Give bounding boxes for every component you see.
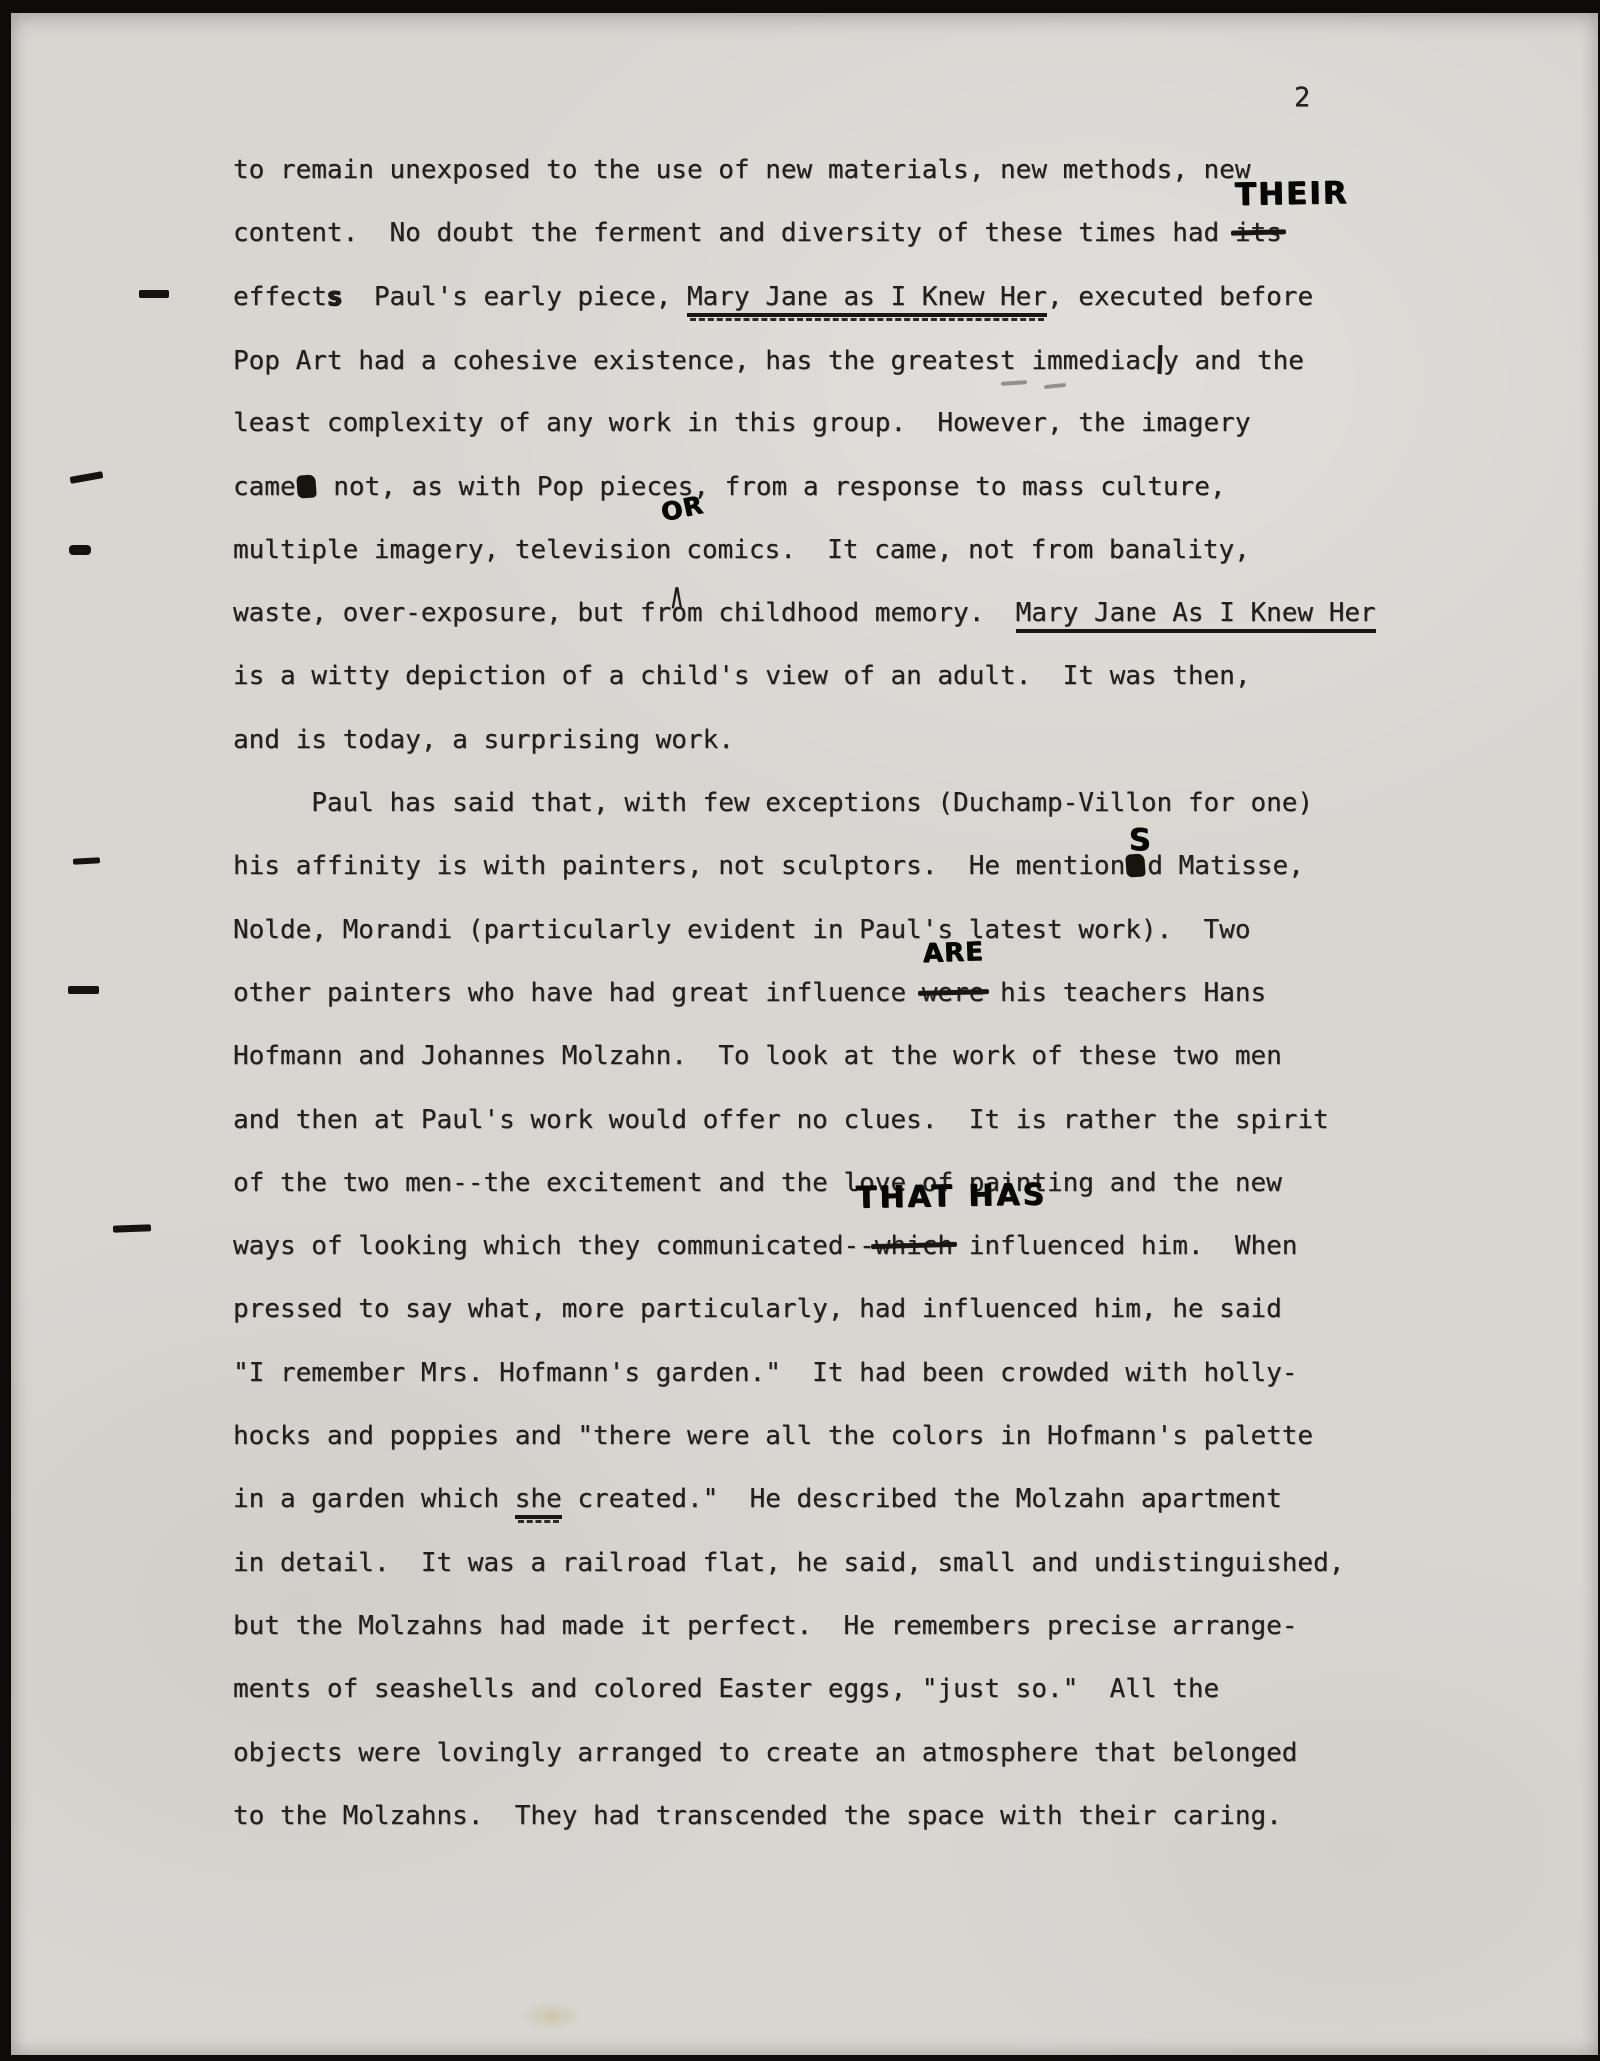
typed-line: multiple imagery, televisioncomics. It c… xyxy=(233,535,1250,565)
typed-line: in a garden which she created." He descr… xyxy=(233,1484,1282,1514)
typed-text: of the two men--the excitement and the l… xyxy=(233,1168,1282,1198)
typed-text: his affinity is with painters, not sculp… xyxy=(233,851,1125,881)
typed-text: Nolde, Morandi (particularly evident in … xyxy=(233,915,1250,945)
typed-text: d Matisse, xyxy=(1147,851,1304,881)
typed-text: influenced him. When xyxy=(953,1231,1297,1261)
stray-mark xyxy=(1001,380,1027,386)
typed-line: ways of looking which they communicated-… xyxy=(233,1231,1297,1261)
stray-typed-mark xyxy=(1157,345,1162,374)
scanned-page: 2 to remain unexposed to the use of new … xyxy=(0,0,1600,2061)
typed-line: to the Molzahns. They had transcended th… xyxy=(233,1801,1282,1831)
overstruck-letter: s xyxy=(327,282,343,312)
paper: 2 to remain unexposed to the use of new … xyxy=(11,13,1598,2055)
typed-text: multiple imagery, television xyxy=(233,535,671,565)
typed-line: waste, over-exposure, but from childhood… xyxy=(233,598,1376,628)
typed-text: "I remember Mrs. Hofmann's garden." It h… xyxy=(233,1358,1297,1388)
typed-text: pressed to say what, more particularly, … xyxy=(233,1294,1282,1324)
typed-text: and then at Paul's work would offer no c… xyxy=(233,1105,1329,1135)
typed-text: to remain unexposed to the use of new ma… xyxy=(233,155,1250,185)
typed-text: his teachers Hans xyxy=(984,978,1266,1008)
typed-text: Paul's early piece, xyxy=(343,282,687,312)
editor-margin-dash xyxy=(70,471,104,484)
typed-line: is a witty depiction of a child's view o… xyxy=(233,661,1250,691)
typed-line: came not, as with Pop pieces, from a res… xyxy=(233,472,1226,502)
typed-line: Paul has said that, with few exceptions … xyxy=(233,788,1313,818)
typed-line: "I remember Mrs. Hofmann's garden." It h… xyxy=(233,1358,1297,1388)
typed-text: , executed before xyxy=(1047,282,1313,312)
typed-line: but the Molzahns had made it perfect. He… xyxy=(233,1611,1297,1641)
struck-text: were xyxy=(922,978,985,1008)
typed-line: other painters who have had great influe… xyxy=(233,978,1266,1008)
handwritten-correction-that-has: THAT HAS xyxy=(856,1177,1048,1215)
typed-text: Paul has said that, with few exceptions … xyxy=(233,788,1313,818)
typed-text: in detail. It was a railroad flat, he sa… xyxy=(233,1548,1344,1578)
underlined-text: she xyxy=(515,1484,562,1519)
editor-margin-dash xyxy=(139,290,169,298)
typed-line: and then at Paul's work would offer no c… xyxy=(233,1105,1329,1135)
typed-text: other painters who have had great influe… xyxy=(233,978,922,1008)
typed-line: Nolde, Morandi (particularly evident in … xyxy=(233,915,1250,945)
typed-line: pressed to say what, more particularly, … xyxy=(233,1294,1282,1324)
typed-text: but the Molzahns had made it perfect. He… xyxy=(233,1611,1297,1641)
struck-text: its xyxy=(1235,218,1282,248)
typed-text: came xyxy=(233,472,296,502)
typed-line: effects Paul's early piece, Mary Jane as… xyxy=(233,282,1313,312)
stray-mark xyxy=(1044,383,1066,389)
typed-text: ways of looking which they communicated-… xyxy=(233,1231,875,1261)
typed-text: and is today, a surprising work. xyxy=(233,725,734,755)
ink-blot xyxy=(296,474,317,498)
typed-line: content. No doubt the ferment and divers… xyxy=(233,218,1282,248)
typed-line: Hofmann and Johannes Molzahn. To look at… xyxy=(233,1041,1282,1071)
paper-stain xyxy=(521,2001,581,2031)
typed-text: hocks and poppies and "there were all th… xyxy=(233,1421,1313,1451)
typed-text: Hofmann and Johannes Molzahn. To look at… xyxy=(233,1041,1282,1071)
typed-text: content. No doubt the ferment and divers… xyxy=(233,218,1235,248)
editor-margin-dash xyxy=(69,545,91,555)
handwritten-correction-their: THEIR xyxy=(1235,175,1349,213)
struck-text: which xyxy=(875,1231,953,1261)
typed-line: and is today, a surprising work. xyxy=(233,725,734,755)
typed-line: objects were lovingly arranged to create… xyxy=(233,1738,1297,1768)
typed-text: to the Molzahns. They had transcended th… xyxy=(233,1801,1282,1831)
typed-text: least complexity of any work in this gro… xyxy=(233,408,1250,438)
typed-text: Pop Art had a cohesive existence, has th… xyxy=(233,346,1157,376)
underlined-text: Mary Jane as I Knew Her xyxy=(687,282,1047,317)
typed-text: is a witty depiction of a child's view o… xyxy=(233,661,1250,691)
typed-text: effect xyxy=(233,282,327,312)
typed-line: Pop Art had a cohesive existence, has th… xyxy=(233,345,1304,376)
typed-text: y and the xyxy=(1163,346,1304,376)
typed-line: least complexity of any work in this gro… xyxy=(233,408,1250,438)
typed-line: ments of seashells and colored Easter eg… xyxy=(233,1674,1219,1704)
typed-text: objects were lovingly arranged to create… xyxy=(233,1738,1297,1768)
editor-margin-dash xyxy=(68,986,99,994)
editor-margin-dash xyxy=(73,857,100,864)
typed-text: comics. It came, not from banality, xyxy=(686,535,1250,565)
typed-line: of the two men--the excitement and the l… xyxy=(233,1168,1282,1198)
typed-line: in detail. It was a railroad flat, he sa… xyxy=(233,1548,1344,1578)
underlined-title: Mary Jane As I Knew Her xyxy=(1016,598,1376,633)
typed-line: hocks and poppies and "there were all th… xyxy=(233,1421,1313,1451)
typed-text: not, as with Pop pieces, from a response… xyxy=(318,472,1226,502)
handwritten-correction-are: ARE xyxy=(922,937,984,969)
handwritten-correction-s: S xyxy=(1129,823,1151,858)
typed-text: created." He described the Molzahn apart… xyxy=(562,1484,1282,1514)
typed-line: to remain unexposed to the use of new ma… xyxy=(233,155,1250,185)
typed-text: waste, over-exposure, but from childhood… xyxy=(233,598,1016,628)
page-number: 2 xyxy=(1294,83,1310,113)
typed-text: in a garden which xyxy=(233,1484,515,1514)
typed-text: ments of seashells and colored Easter eg… xyxy=(233,1674,1219,1704)
editor-margin-dash xyxy=(113,1224,151,1232)
